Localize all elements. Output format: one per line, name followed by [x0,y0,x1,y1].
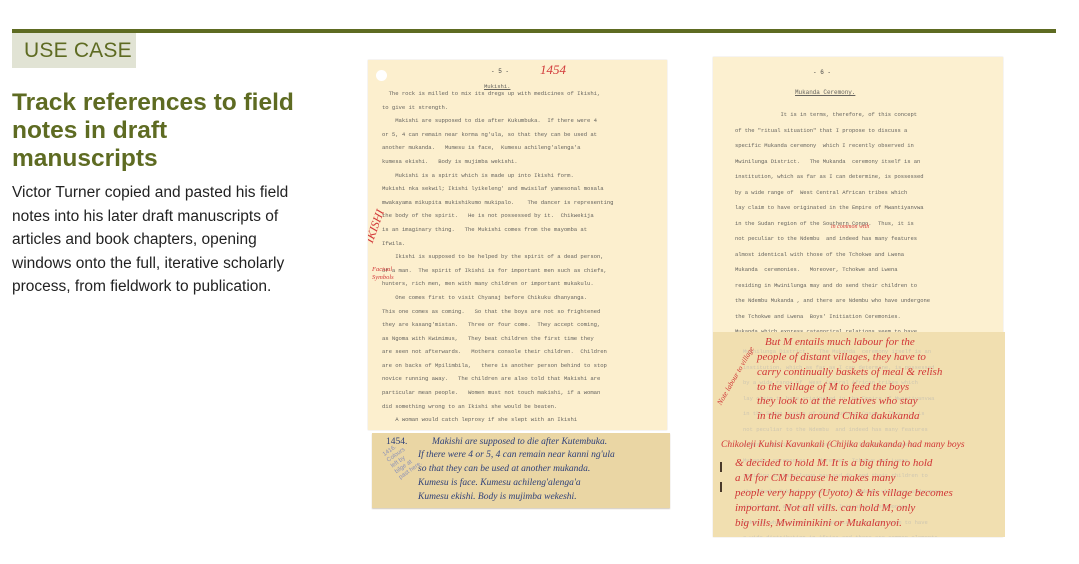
pasted-note-line: If there were 4 or 5, 4 can remain near … [418,450,615,460]
pasted-note-line: Makishi are supposed to die after Kutemb… [432,437,607,447]
pasted-note-line: big vills, Mwiminikini or Mukalanyoi. [735,517,902,529]
pasted-note-line: they look to at the relatives who stay [757,395,918,407]
staple-mark [720,482,722,492]
pasted-field-note-right: Mwinilunga District. The Mukanda ceremon… [713,332,1005,537]
pasted-note-line: Kumesu is face. Kumesu achileng'alenga'a [418,478,581,488]
page-number: - 5 - [491,68,509,75]
description-paragraph: Victor Turner copied and pasted his fiel… [12,181,312,299]
page-number: - 6 - [813,69,831,76]
pasted-note-line: But M entails much labour for the [765,336,915,348]
pasted-note-number: 1454. [386,437,407,447]
left-manuscript-image: - 5 - 1454 Mukishi. The rock is milled t… [368,60,667,430]
page-title: Track references to field notes in draft… [12,89,312,173]
pasted-note-line: Kumesu ekishi. Body is mujimba wekeshi. [418,492,577,502]
staple-mark [720,462,722,472]
pasted-note-line: in the bush around Chika dakukanda [757,410,919,422]
use-case-tag-label: USE CASE [24,39,132,62]
pasted-note-line: important. Not all vills. can hold M, on… [735,502,915,514]
pasted-note-line: so that they can be used at another muka… [418,464,590,474]
pasted-field-note-left: 1416. Colours left by bilge at past here… [372,433,670,508]
top-divider-rule [12,29,1056,33]
margin-note-factual-symbols: Factual Symbols [372,266,400,282]
pasted-note-line: people very happy (Uyoto) & his village … [735,487,953,499]
section-heading: Mukanda Ceremony. [795,85,855,101]
archive-number-annotation: 1454 [540,62,566,78]
pasted-note-line: to the village of M to feed the boys [757,381,909,393]
use-case-tag: USE CASE [12,33,136,68]
typed-body: The rock is milled to mix its dregs up w… [382,87,613,430]
pasted-note-line: people of distant villages, they have to [757,351,926,363]
interlinear-edit: in common with [831,224,869,230]
pasted-note-line: a M for CM because he makes many [735,472,895,484]
typed-body: It is in terms, therefore, of this conce… [735,107,930,371]
punch-hole [376,70,387,81]
pasted-note-line: Chikoleji Kuhisi Kavunkali (Chijika daku… [721,440,965,450]
pasted-note-line: & decided to hold M. It is a big thing t… [735,457,932,469]
pasted-note-line: carry continually baskets of meal & reli… [757,366,942,378]
